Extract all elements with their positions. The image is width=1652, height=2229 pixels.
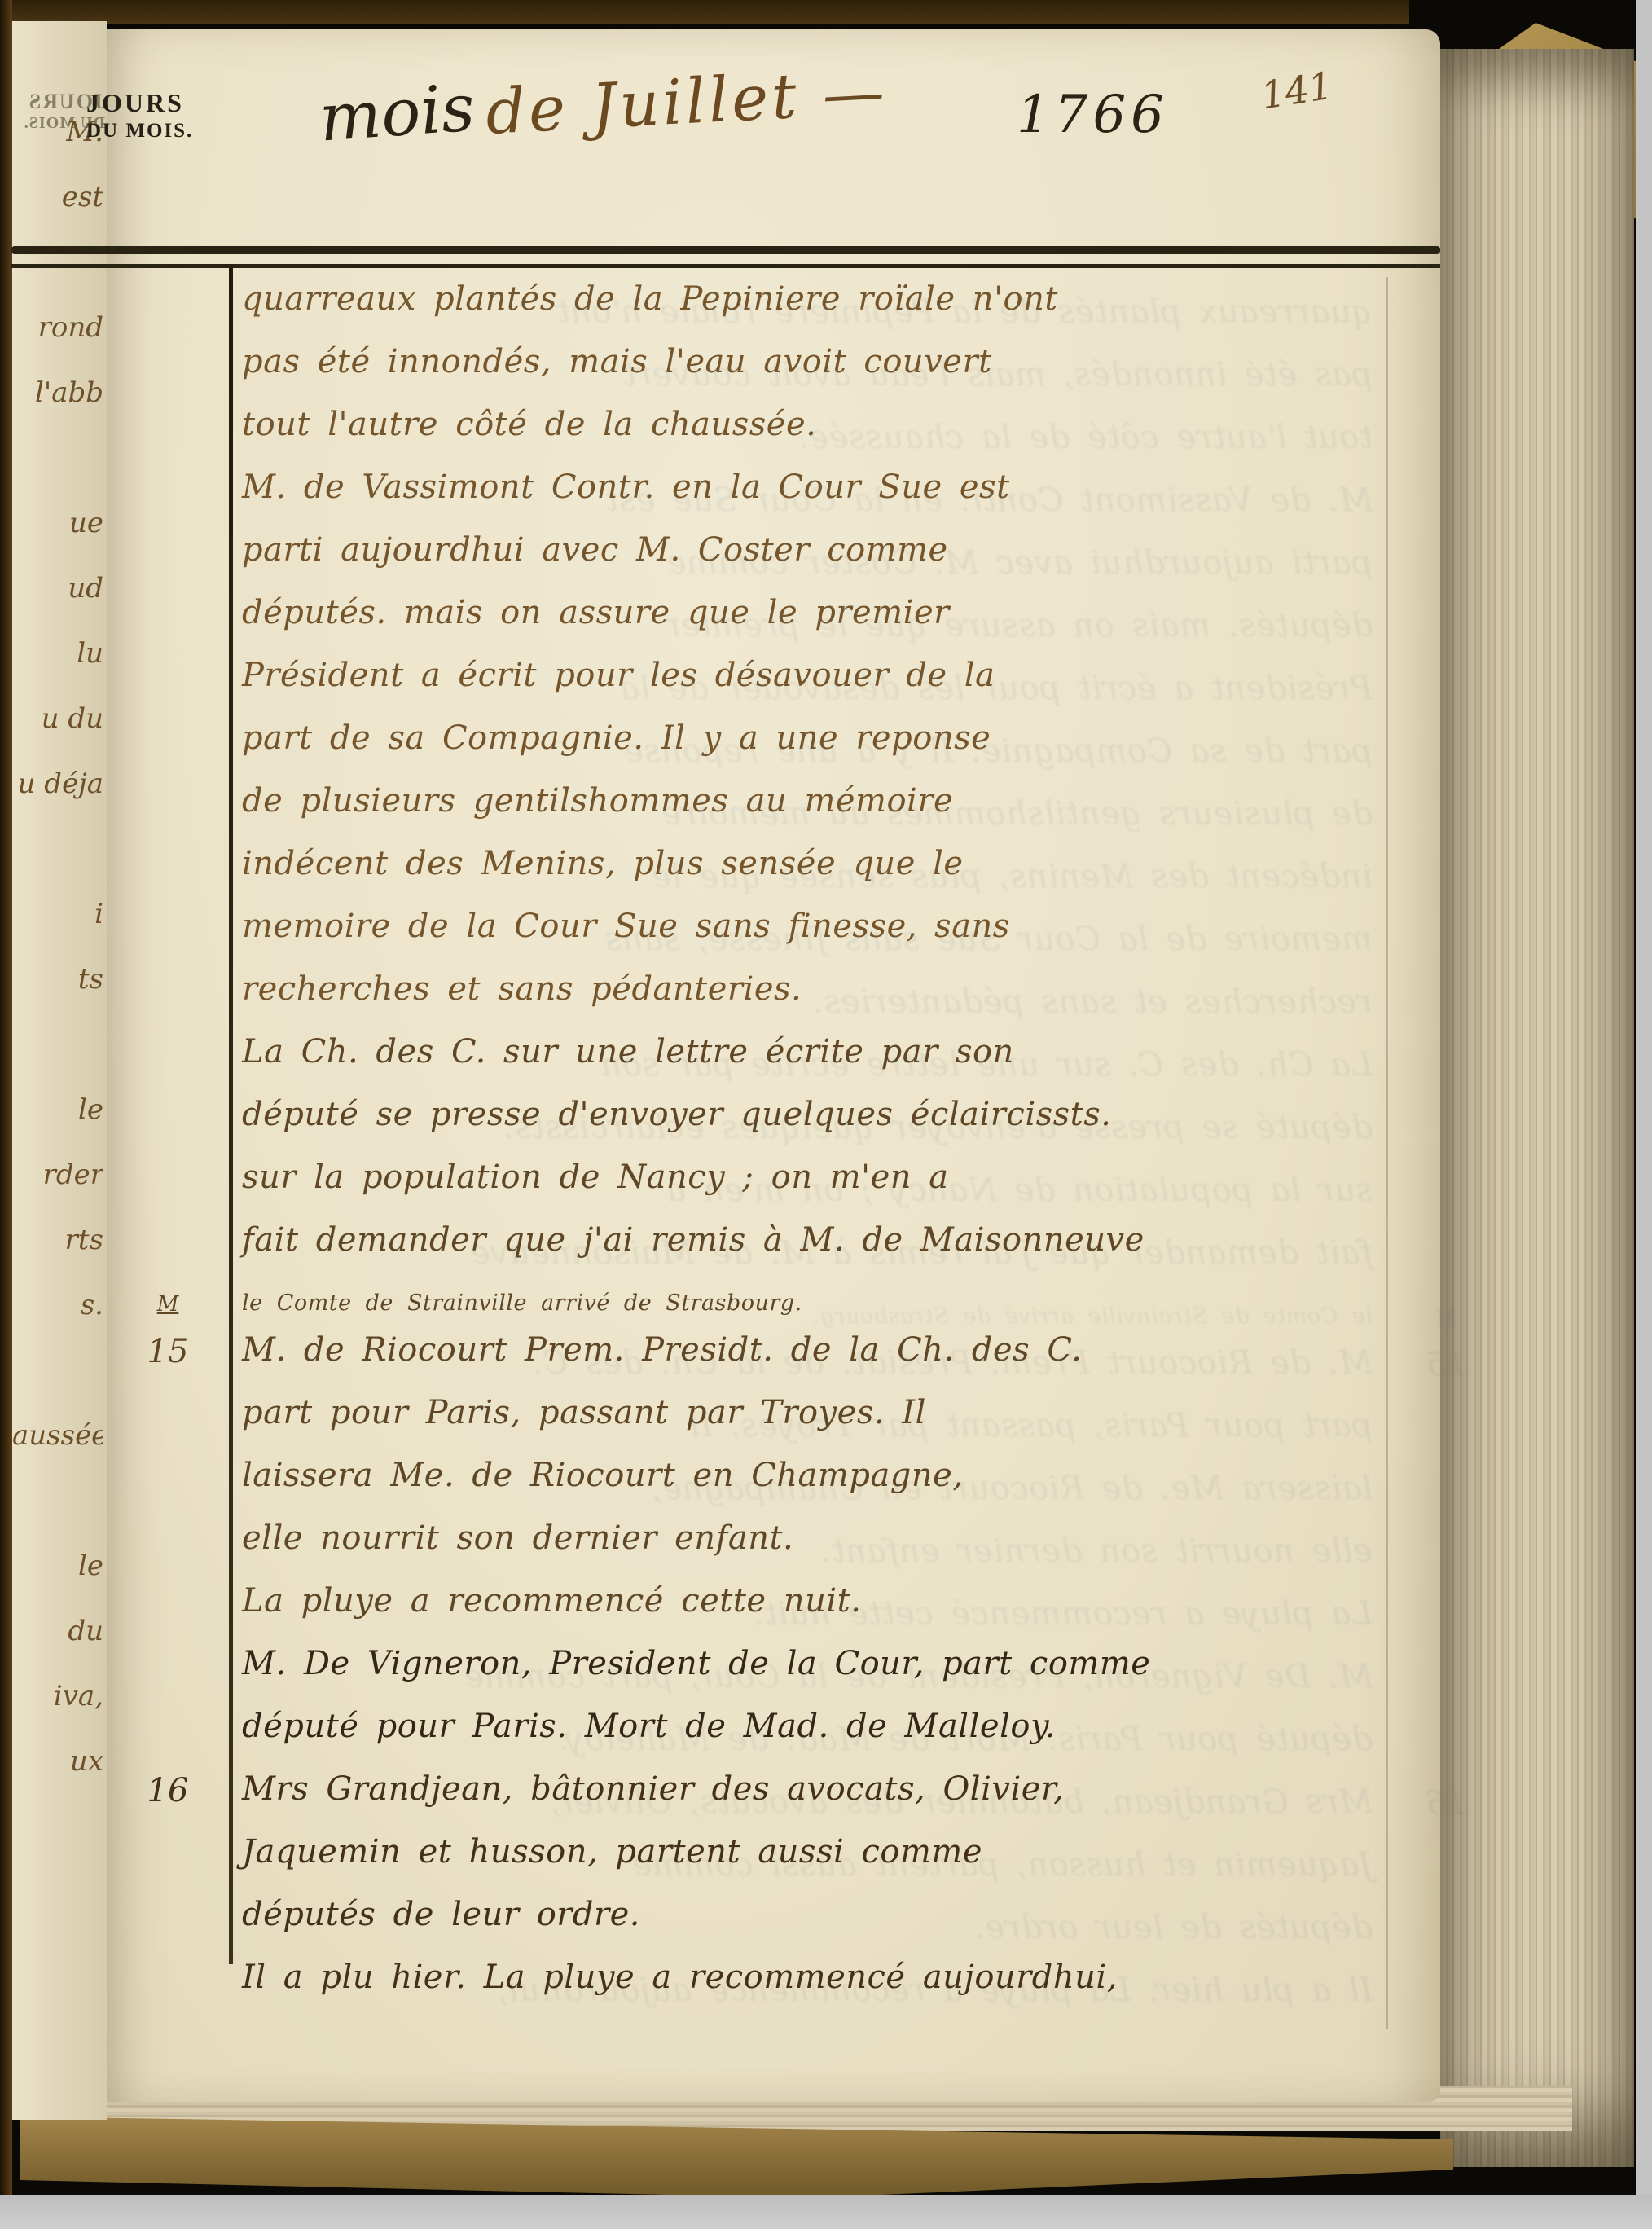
manuscript-line: M le Comte de Strainville arrivé de Stra…	[107, 1284, 1508, 1331]
prev-page-fragment: le	[12, 1093, 103, 1158]
day-label	[107, 1959, 229, 1960]
line-text: député pour Paris. Mort de Mad. de Malle…	[229, 1708, 1056, 1745]
line-text: de plusieurs gentilshommes au mémoire	[229, 782, 953, 820]
prev-page-fragment: s.	[12, 1289, 103, 1354]
prev-page-fragment: l'abb	[12, 376, 103, 442]
manuscript-line: Président a écrit pour les désavouer de …	[107, 657, 1508, 719]
day-label	[107, 970, 229, 972]
day-label: 15	[107, 1331, 229, 1370]
prev-page-fragment: ux	[12, 1745, 103, 1810]
line-text: Mrs Grandjean, bâtonnier des avocats, Ol…	[229, 1770, 1064, 1808]
manuscript-line: pas été innondés, mais l'eau avoit couve…	[107, 343, 1508, 406]
day-label	[107, 1582, 229, 1584]
line-text: députés. mais on assure que le premier	[229, 594, 950, 631]
day-label	[107, 343, 229, 345]
handwritten-month-word: mois	[317, 69, 477, 156]
header-rule-thick	[11, 246, 1440, 254]
manuscript-lines: quarreaux plantés de la Pepiniere roïale…	[107, 280, 1508, 2021]
day-label	[107, 657, 229, 658]
line-text: part pour Paris, passant par Troyes. Il	[229, 1394, 926, 1431]
day-label	[107, 1394, 229, 1396]
line-text: Jaquemin et husson, partent aussi comme	[229, 1833, 982, 1871]
line-text: pas été innondés, mais l'eau avoit couve…	[229, 343, 992, 380]
manuscript-line: 16 Mrs Grandjean, bâtonnier des avocats,…	[107, 1770, 1508, 1833]
line-text: quarreaux plantés de la Pepiniere roïale…	[229, 280, 1058, 318]
printed-label-line2: DU MOIS.	[86, 120, 193, 143]
prev-page-fragment: u déja	[12, 767, 103, 833]
printed-label-line1: JOURS	[86, 88, 193, 118]
line-text: députés de leur ordre.	[229, 1896, 640, 1933]
day-label	[107, 782, 229, 784]
prev-page-fragment	[12, 1484, 103, 1550]
day-label	[107, 1457, 229, 1458]
manuscript-line: La Ch. des C. sur une lettre écrite par …	[107, 1033, 1508, 1096]
header-rule-thin	[11, 264, 1440, 268]
scanner-bed-bottom	[0, 2195, 1652, 2229]
manuscript-line: memoire de la Cour Sue sans finesse, san…	[107, 908, 1508, 970]
prev-page-fragment: iva,	[12, 1680, 103, 1745]
manuscript-line: M. De Vigneron, President de la Cour, pa…	[107, 1645, 1508, 1708]
line-text: parti aujourdhui avec M. Coster comme	[229, 531, 948, 569]
day-label	[107, 845, 229, 846]
line-text: La Ch. des C. sur une lettre écrite par …	[229, 1033, 1014, 1071]
manuscript-line: quarreaux plantés de la Pepiniere roïale…	[107, 280, 1508, 343]
line-text: le Comte de Strainville arrivé de Strasb…	[229, 1284, 802, 1316]
manuscript-line: parti aujourdhui avec M. Coster comme	[107, 531, 1508, 594]
prev-page-fragment: ud	[12, 572, 103, 637]
day-label	[107, 1158, 229, 1160]
scanner-bed-right	[1636, 0, 1652, 2229]
prev-page-fragment	[12, 442, 103, 507]
day-label	[107, 1033, 229, 1035]
manuscript-line: de plusieurs gentilshommes au mémoire	[107, 782, 1508, 845]
day-label	[107, 1896, 229, 1897]
prev-page-fragment: rts	[12, 1224, 103, 1289]
day-label	[107, 1645, 229, 1646]
line-text: La pluye a recommencé cette nuit.	[229, 1582, 861, 1620]
line-text: fait demander que j'ai remis à M. de Mai…	[229, 1221, 1145, 1259]
day-label: M	[107, 1284, 229, 1317]
prev-page-fragment: ue	[12, 507, 103, 572]
line-text: memoire de la Cour Sue sans finesse, san…	[229, 908, 1010, 945]
prev-page-fragment: rder	[12, 1158, 103, 1224]
day-label	[107, 1708, 229, 1709]
line-text: Président a écrit pour les désavouer de …	[229, 657, 995, 694]
line-text: député se presse d'envoyer quelques écla…	[229, 1096, 1112, 1133]
prev-page-fragment: du	[12, 1615, 103, 1680]
facing-page-text-fragments: M.estrondl'abbueudluu duu déjaitslerderr…	[12, 116, 105, 1810]
day-label	[107, 1519, 229, 1521]
prev-page-fragment: lu	[12, 637, 103, 702]
manuscript-line: recherches et sans pédanteries.	[107, 970, 1508, 1033]
handwritten-year: 1766	[1017, 85, 1169, 145]
line-text: laissera Me. de Riocourt en Champagne,	[229, 1457, 964, 1494]
day-label	[107, 531, 229, 533]
line-text: recherches et sans pédanteries.	[229, 970, 802, 1008]
prev-page-fragment: i	[12, 898, 103, 963]
manuscript-line: député pour Paris. Mort de Mad. de Malle…	[107, 1708, 1508, 1770]
printed-column-label: JOURS DU MOIS.	[86, 88, 193, 143]
day-label	[107, 1833, 229, 1835]
prev-page-fragment	[12, 1028, 103, 1093]
book-top-edge	[0, 0, 1409, 24]
prev-page-fragment: rond	[12, 311, 103, 376]
prev-page-fragment	[12, 246, 103, 311]
manuscript-line: 15 M. de Riocourt Prem. Presidt. de la C…	[107, 1331, 1508, 1394]
line-text: sur la population de Nancy ; on m'en a	[229, 1158, 949, 1196]
manuscript-line: Il a plu hier. La pluye a recommencé auj…	[107, 1959, 1508, 2021]
prev-page-fragment	[12, 833, 103, 898]
manuscript-line: La pluye a recommencé cette nuit.	[107, 1582, 1508, 1645]
day-label	[107, 1221, 229, 1223]
day-label	[107, 594, 229, 596]
day-label	[107, 280, 229, 282]
line-text: Il a plu hier. La pluye a recommencé auj…	[229, 1959, 1118, 1996]
line-text: tout l'autre côté de la chaussée.	[229, 406, 816, 443]
line-text: M. De Vigneron, President de la Cour, pa…	[229, 1645, 1150, 1682]
manuscript-line: elle nourrit son dernier enfant.	[107, 1519, 1508, 1582]
day-label	[107, 406, 229, 407]
manuscript-line: indécent des Menins, plus sensée que le	[107, 845, 1508, 908]
line-text: M. de Vassimont Contr. en la Cour Sue es…	[229, 468, 1010, 506]
line-text: indécent des Menins, plus sensée que le	[229, 845, 964, 882]
prev-page-fragment	[12, 1354, 103, 1419]
manuscript-line: Jaquemin et husson, partent aussi comme	[107, 1833, 1508, 1896]
manuscript-line: part pour Paris, passant par Troyes. Il	[107, 1394, 1508, 1457]
day-label	[107, 908, 229, 909]
scanned-book-photo: JOURS DU MOIS. M.estrondl'abbueudluu duu…	[0, 0, 1652, 2229]
line-text: elle nourrit son dernier enfant.	[229, 1519, 793, 1557]
manuscript-line: sur la population de Nancy ; on m'en a	[107, 1158, 1508, 1221]
day-label	[107, 719, 229, 721]
manuscript-line: députés de leur ordre.	[107, 1896, 1508, 1959]
manuscript-line: députés. mais on assure que le premier	[107, 594, 1508, 657]
manuscript-line: tout l'autre côté de la chaussée.	[107, 406, 1508, 468]
prev-page-fragment: est	[12, 181, 103, 246]
book-spine	[0, 0, 12, 2200]
prev-page-fragment: le	[12, 1550, 103, 1615]
line-text: part de sa Compagnie. Il y a une reponse	[229, 719, 991, 757]
manuscript-line: laissera Me. de Riocourt en Champagne,	[107, 1457, 1508, 1519]
day-label	[107, 1096, 229, 1097]
day-label: 16	[107, 1770, 229, 1809]
facing-page-sliver: JOURS DU MOIS. M.estrondl'abbueudluu duu…	[12, 21, 107, 2120]
line-text: M. de Riocourt Prem. Presidt. de la Ch. …	[229, 1331, 1082, 1369]
prev-page-fragment: u du	[12, 702, 103, 767]
manuscript-line: député se presse d'envoyer quelques écla…	[107, 1096, 1508, 1158]
manuscript-line: M. de Vassimont Contr. en la Cour Sue es…	[107, 468, 1508, 531]
day-label	[107, 468, 229, 470]
manuscript-line: part de sa Compagnie. Il y a une reponse	[107, 719, 1508, 782]
prev-page-fragment: ts	[12, 963, 103, 1028]
prev-page-fragment: aussée	[12, 1419, 103, 1484]
manuscript-line: fait demander que j'ai remis à M. de Mai…	[107, 1221, 1508, 1284]
